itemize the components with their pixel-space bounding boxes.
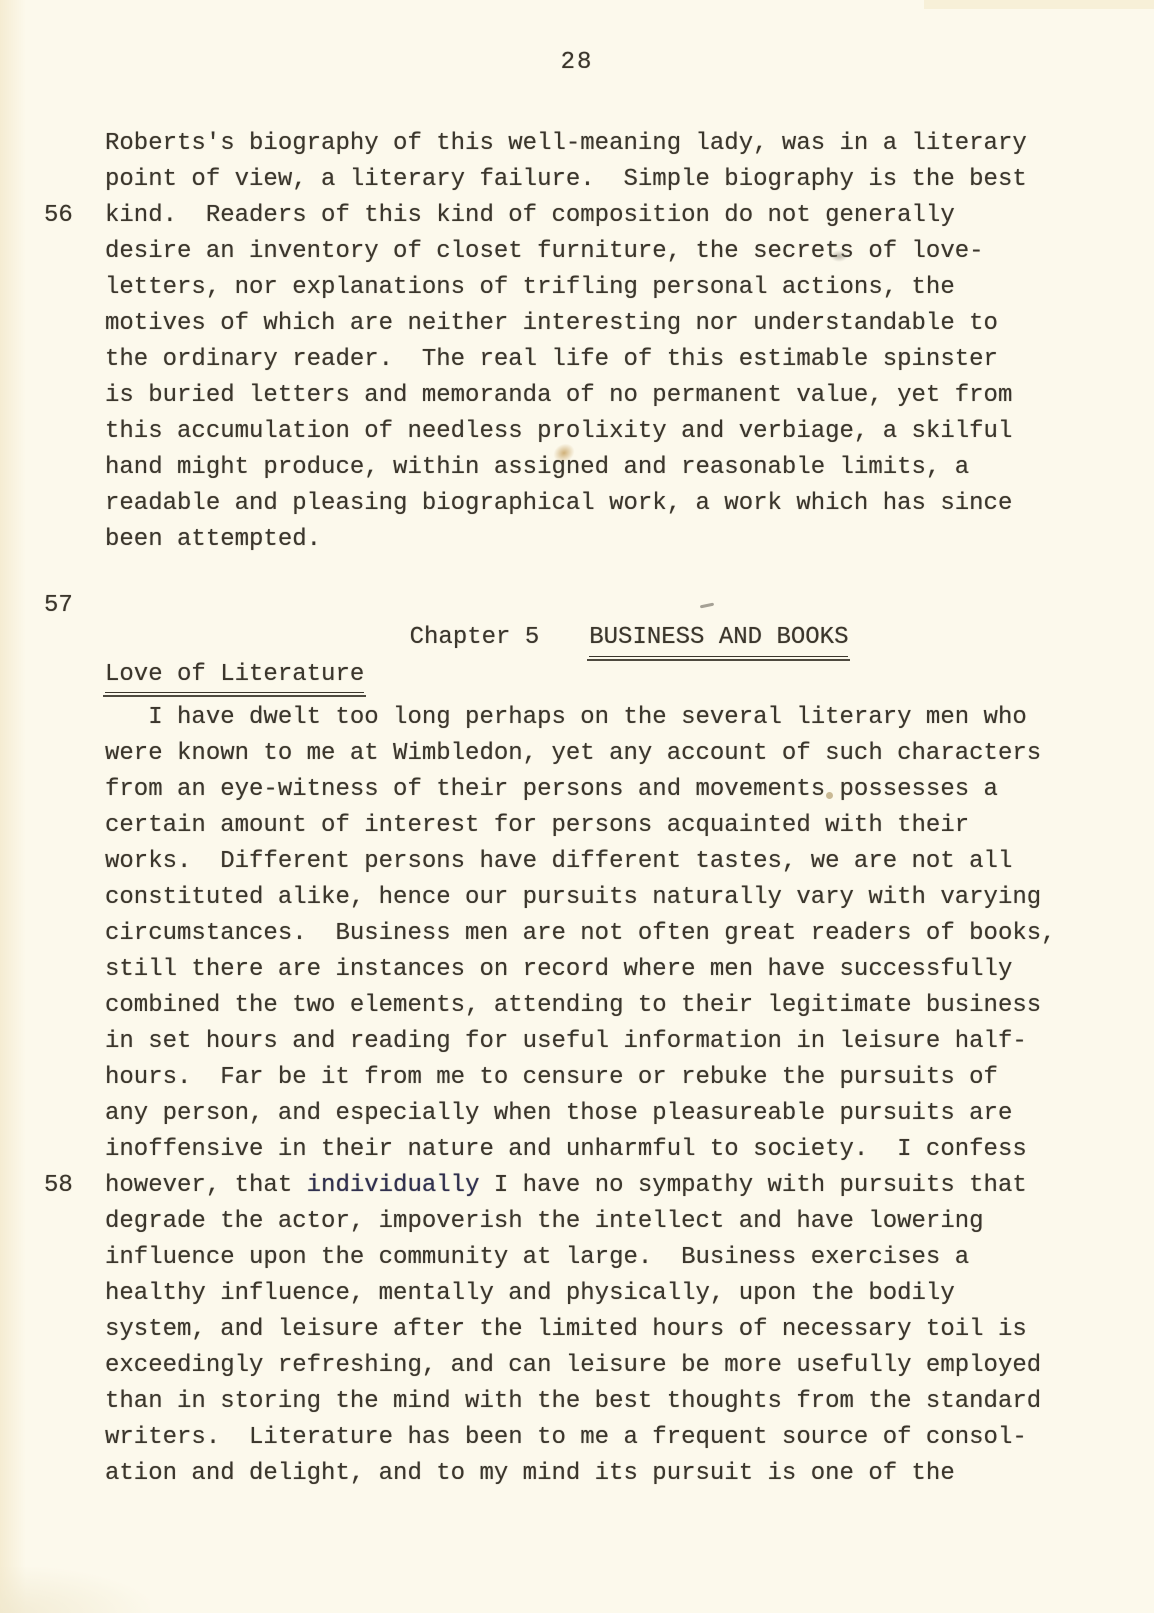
text-segment: however, that: [105, 1172, 307, 1199]
text-line: hours. Far be it from me to censure or r…: [105, 1060, 1056, 1096]
text-line: healthy influence, mentally and physical…: [105, 1276, 1056, 1312]
text-line: inoffensive in their nature and unharmfu…: [105, 1132, 1056, 1168]
text-line: influence upon the community at large. B…: [105, 1240, 1056, 1276]
overwritten-word: individually: [307, 1172, 480, 1199]
text-line: I have dwelt too long perhaps on the sev…: [105, 700, 1056, 736]
text-line: works. Different persons have different …: [105, 844, 1056, 880]
text-line: were known to me at Wimbledon, yet any a…: [105, 736, 1056, 772]
text-line: constituted alike, hence our pursuits na…: [105, 880, 1056, 916]
paper-edge-bottom: [0, 1567, 150, 1613]
chapter-heading: Chapter 5BUSINESS AND BOOKS: [352, 590, 848, 689]
text-line: than in storing the mind with the best t…: [105, 1384, 1056, 1420]
text-line: any person, and especially when those pl…: [105, 1096, 1056, 1132]
text-line: still there are instances on record wher…: [105, 952, 1056, 988]
text-line: this accumulation of needless prolixity …: [105, 414, 1027, 450]
text-line: exceedingly refreshing, and can leisure …: [105, 1348, 1056, 1384]
margin-number-58: 58: [44, 1168, 73, 1204]
text-line: system, and leisure after the limited ho…: [105, 1312, 1056, 1348]
text-line: combined the two elements, attending to …: [105, 988, 1056, 1024]
paragraph-biography: Roberts's biography of this well-meaning…: [105, 126, 1027, 558]
text-line: from an eye-witness of their persons and…: [105, 772, 1056, 808]
text-line: letters, nor explanations of trifling pe…: [105, 270, 1027, 306]
text-line: the ordinary reader. The real life of th…: [105, 342, 1027, 378]
chapter-number: Chapter 5: [410, 624, 540, 651]
text-line: motives of which are neither interesting…: [105, 306, 1027, 342]
paragraph-love-of-literature: I have dwelt too long perhaps on the sev…: [105, 700, 1056, 1492]
text-line: certain amount of interest for persons a…: [105, 808, 1056, 844]
text-line: hand might produce, within assigned and …: [105, 450, 1027, 486]
paper-edge-top: [924, 0, 1154, 9]
text-line: kind. Readers of this kind of compositio…: [105, 198, 1027, 234]
manuscript-page: 28 56 57 58 Roberts's biography of this …: [0, 0, 1154, 1613]
text-line: desire an inventory of closet furniture,…: [105, 234, 1027, 270]
section-heading: Love of Literature: [105, 660, 364, 693]
chapter-title: BUSINESS AND BOOKS: [589, 622, 848, 657]
text-line: Roberts's biography of this well-meaning…: [105, 126, 1027, 162]
text-line: degrade the actor, impoverish the intell…: [105, 1204, 1056, 1240]
text-segment: I have no sympathy with pursuits that: [479, 1172, 1026, 1199]
text-line: point of view, a literary failure. Simpl…: [105, 162, 1027, 198]
text-line: ation and delight, and to my mind its pu…: [105, 1456, 1056, 1492]
text-line: is buried letters and memoranda of no pe…: [105, 378, 1027, 414]
text-line: writers. Literature has been to me a fre…: [105, 1420, 1056, 1456]
text-line: circumstances. Business men are not ofte…: [105, 916, 1056, 952]
text-line: readable and pleasing biographical work,…: [105, 486, 1027, 522]
margin-number-57: 57: [44, 588, 73, 624]
margin-number-56: 56: [44, 198, 73, 234]
text-line-with-overwrite: however, that individually I have no sym…: [105, 1168, 1056, 1204]
text-line: been attempted.: [105, 522, 1027, 558]
text-line: in set hours and reading for useful info…: [105, 1024, 1056, 1060]
page-number: 28: [0, 48, 1154, 78]
paper-edge-left: [0, 0, 26, 1613]
